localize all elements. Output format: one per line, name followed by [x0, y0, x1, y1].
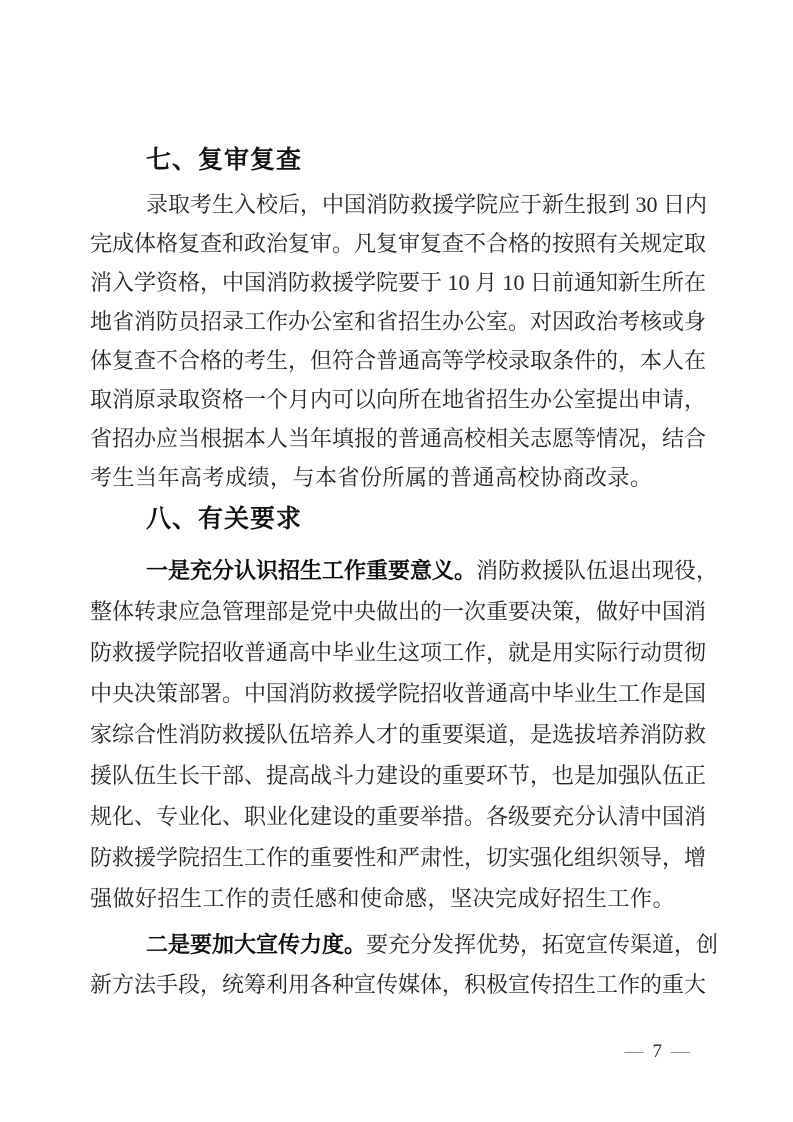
text-line: 一是充分认识招生工作重要意义。消防救援队伍退出现役， [90, 550, 703, 591]
point-2-lead-rest: 要充分发挥优势，拓宽宣传渠道，创 [366, 932, 718, 957]
text-line: 消入学资格，中国消防救援学院要于 10 月 10 日前通知新生所在 [90, 263, 703, 302]
document-page: 七、复审复查 录取考生入校后，中国消防救援学院应于新生报到 30 日内 完成体格… [90, 140, 703, 1005]
point-2-lead-bold: 二是要加大宣传力度。 [146, 932, 366, 957]
point-2-paragraph: 二是要加大宣传力度。要充分发挥优势，拓宽宣传渠道，创 新方法手段，统筹利用各种宣… [90, 925, 703, 1005]
point-1-paragraph: 一是充分认识招生工作重要意义。消防救援队伍退出现役， 整体转隶应急管理部是党中央… [90, 550, 703, 919]
section-7-heading: 七、复审复查 [90, 140, 703, 180]
section-7-paragraph: 录取考生入校后，中国消防救援学院应于新生报到 30 日内 完成体格复查和政治复审… [90, 185, 703, 497]
text-line: 家综合性消防救援队伍培养人才的重要渠道，是选拔培养消防救 [90, 714, 703, 755]
text-line: 录取考生入校后，中国消防救援学院应于新生报到 30 日内 [90, 185, 703, 224]
text-line: 中央决策部署。中国消防救援学院招收普通高中毕业生工作是国 [90, 673, 703, 714]
text-line: 强做好招生工作的责任感和使命感，坚决完成好招生工作。 [90, 878, 703, 919]
text-line: 考生当年高考成绩，与本省份所属的普通高校协商改录。 [90, 458, 703, 497]
point-1-lead-bold: 一是充分认识招生工作重要意义。 [146, 558, 476, 583]
point-1-lead-rest: 消防救援队伍退出现役， [476, 558, 718, 583]
section-8-heading: 八、有关要求 [90, 499, 703, 539]
page-number: — 7 — [625, 1040, 691, 1064]
text-line: 整体转隶应急管理部是党中央做出的一次重要决策，做好中国消 [90, 591, 703, 632]
text-line: 援队伍生长干部、提高战斗力建设的重要环节，也是加强队伍正 [90, 755, 703, 796]
text-line: 新方法手段，统筹利用各种宣传媒体，积极宣传招生工作的重大 [90, 965, 703, 1005]
text-line: 防救援学院招生工作的重要性和严肃性，切实强化组织领导，增 [90, 837, 703, 878]
text-line: 防救援学院招收普通高中毕业生这项工作，就是用实际行动贯彻 [90, 632, 703, 673]
text-line: 体复查不合格的考生，但符合普通高等学校录取条件的，本人在 [90, 341, 703, 380]
text-line: 二是要加大宣传力度。要充分发挥优势，拓宽宣传渠道，创 [90, 925, 703, 965]
page-number-value: 7 [653, 1040, 663, 1064]
text-line: 省招办应当根据本人当年填报的普通高校相关志愿等情况，结合 [90, 419, 703, 458]
page-number-dash-left: — [625, 1040, 644, 1064]
text-line: 完成体格复查和政治复审。凡复审复查不合格的按照有关规定取 [90, 224, 703, 263]
page-number-dash-right: — [671, 1040, 690, 1064]
text-line: 规化、专业化、职业化建设的重要举措。各级要充分认清中国消 [90, 796, 703, 837]
text-line: 地省消防员招录工作办公室和省招生办公室。对因政治考核或身 [90, 302, 703, 341]
text-line: 取消原录取资格一个月内可以向所在地省招生办公室提出申请， [90, 380, 703, 419]
